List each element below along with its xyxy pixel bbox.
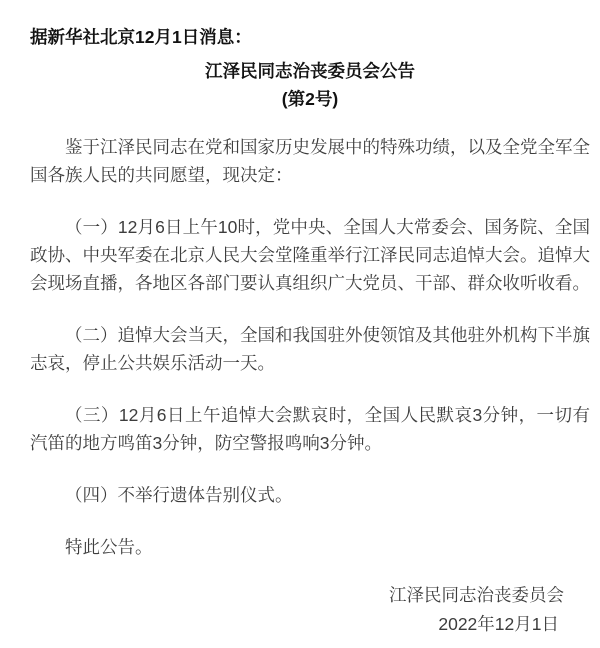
signature-date: 2022年12月1日: [30, 610, 559, 638]
announcement-title: 江泽民同志治丧委员会公告: [30, 57, 590, 85]
issue-number: (第2号): [30, 85, 590, 113]
paragraph-closing: 特此公告。: [30, 533, 590, 561]
paragraph-item-1: （一）12月6日上午10时，党中央、全国人大常委会、国务院、全国政协、中央军委在…: [30, 213, 590, 297]
news-source-line: 据新华社北京12月1日消息：: [30, 23, 590, 51]
announcement-document: 据新华社北京12月1日消息： 江泽民同志治丧委员会公告 (第2号) 鉴于江泽民同…: [0, 0, 600, 648]
paragraph-item-2: （二）追悼大会当天，全国和我国驻外使领馆及其他驻外机构下半旗志哀，停止公共娱乐活…: [30, 321, 590, 377]
paragraph-preamble: 鉴于江泽民同志在党和国家历史发展中的特殊功绩，以及全党全军全国各族人民的共同愿望…: [30, 133, 590, 189]
signature-committee: 江泽民同志治丧委员会: [30, 581, 564, 609]
paragraph-item-4: （四）不举行遗体告别仪式。: [30, 481, 590, 509]
paragraph-item-3: （三）12月6日上午追悼大会默哀时，全国人民默哀3分钟，一切有汽笛的地方鸣笛3分…: [30, 401, 590, 457]
